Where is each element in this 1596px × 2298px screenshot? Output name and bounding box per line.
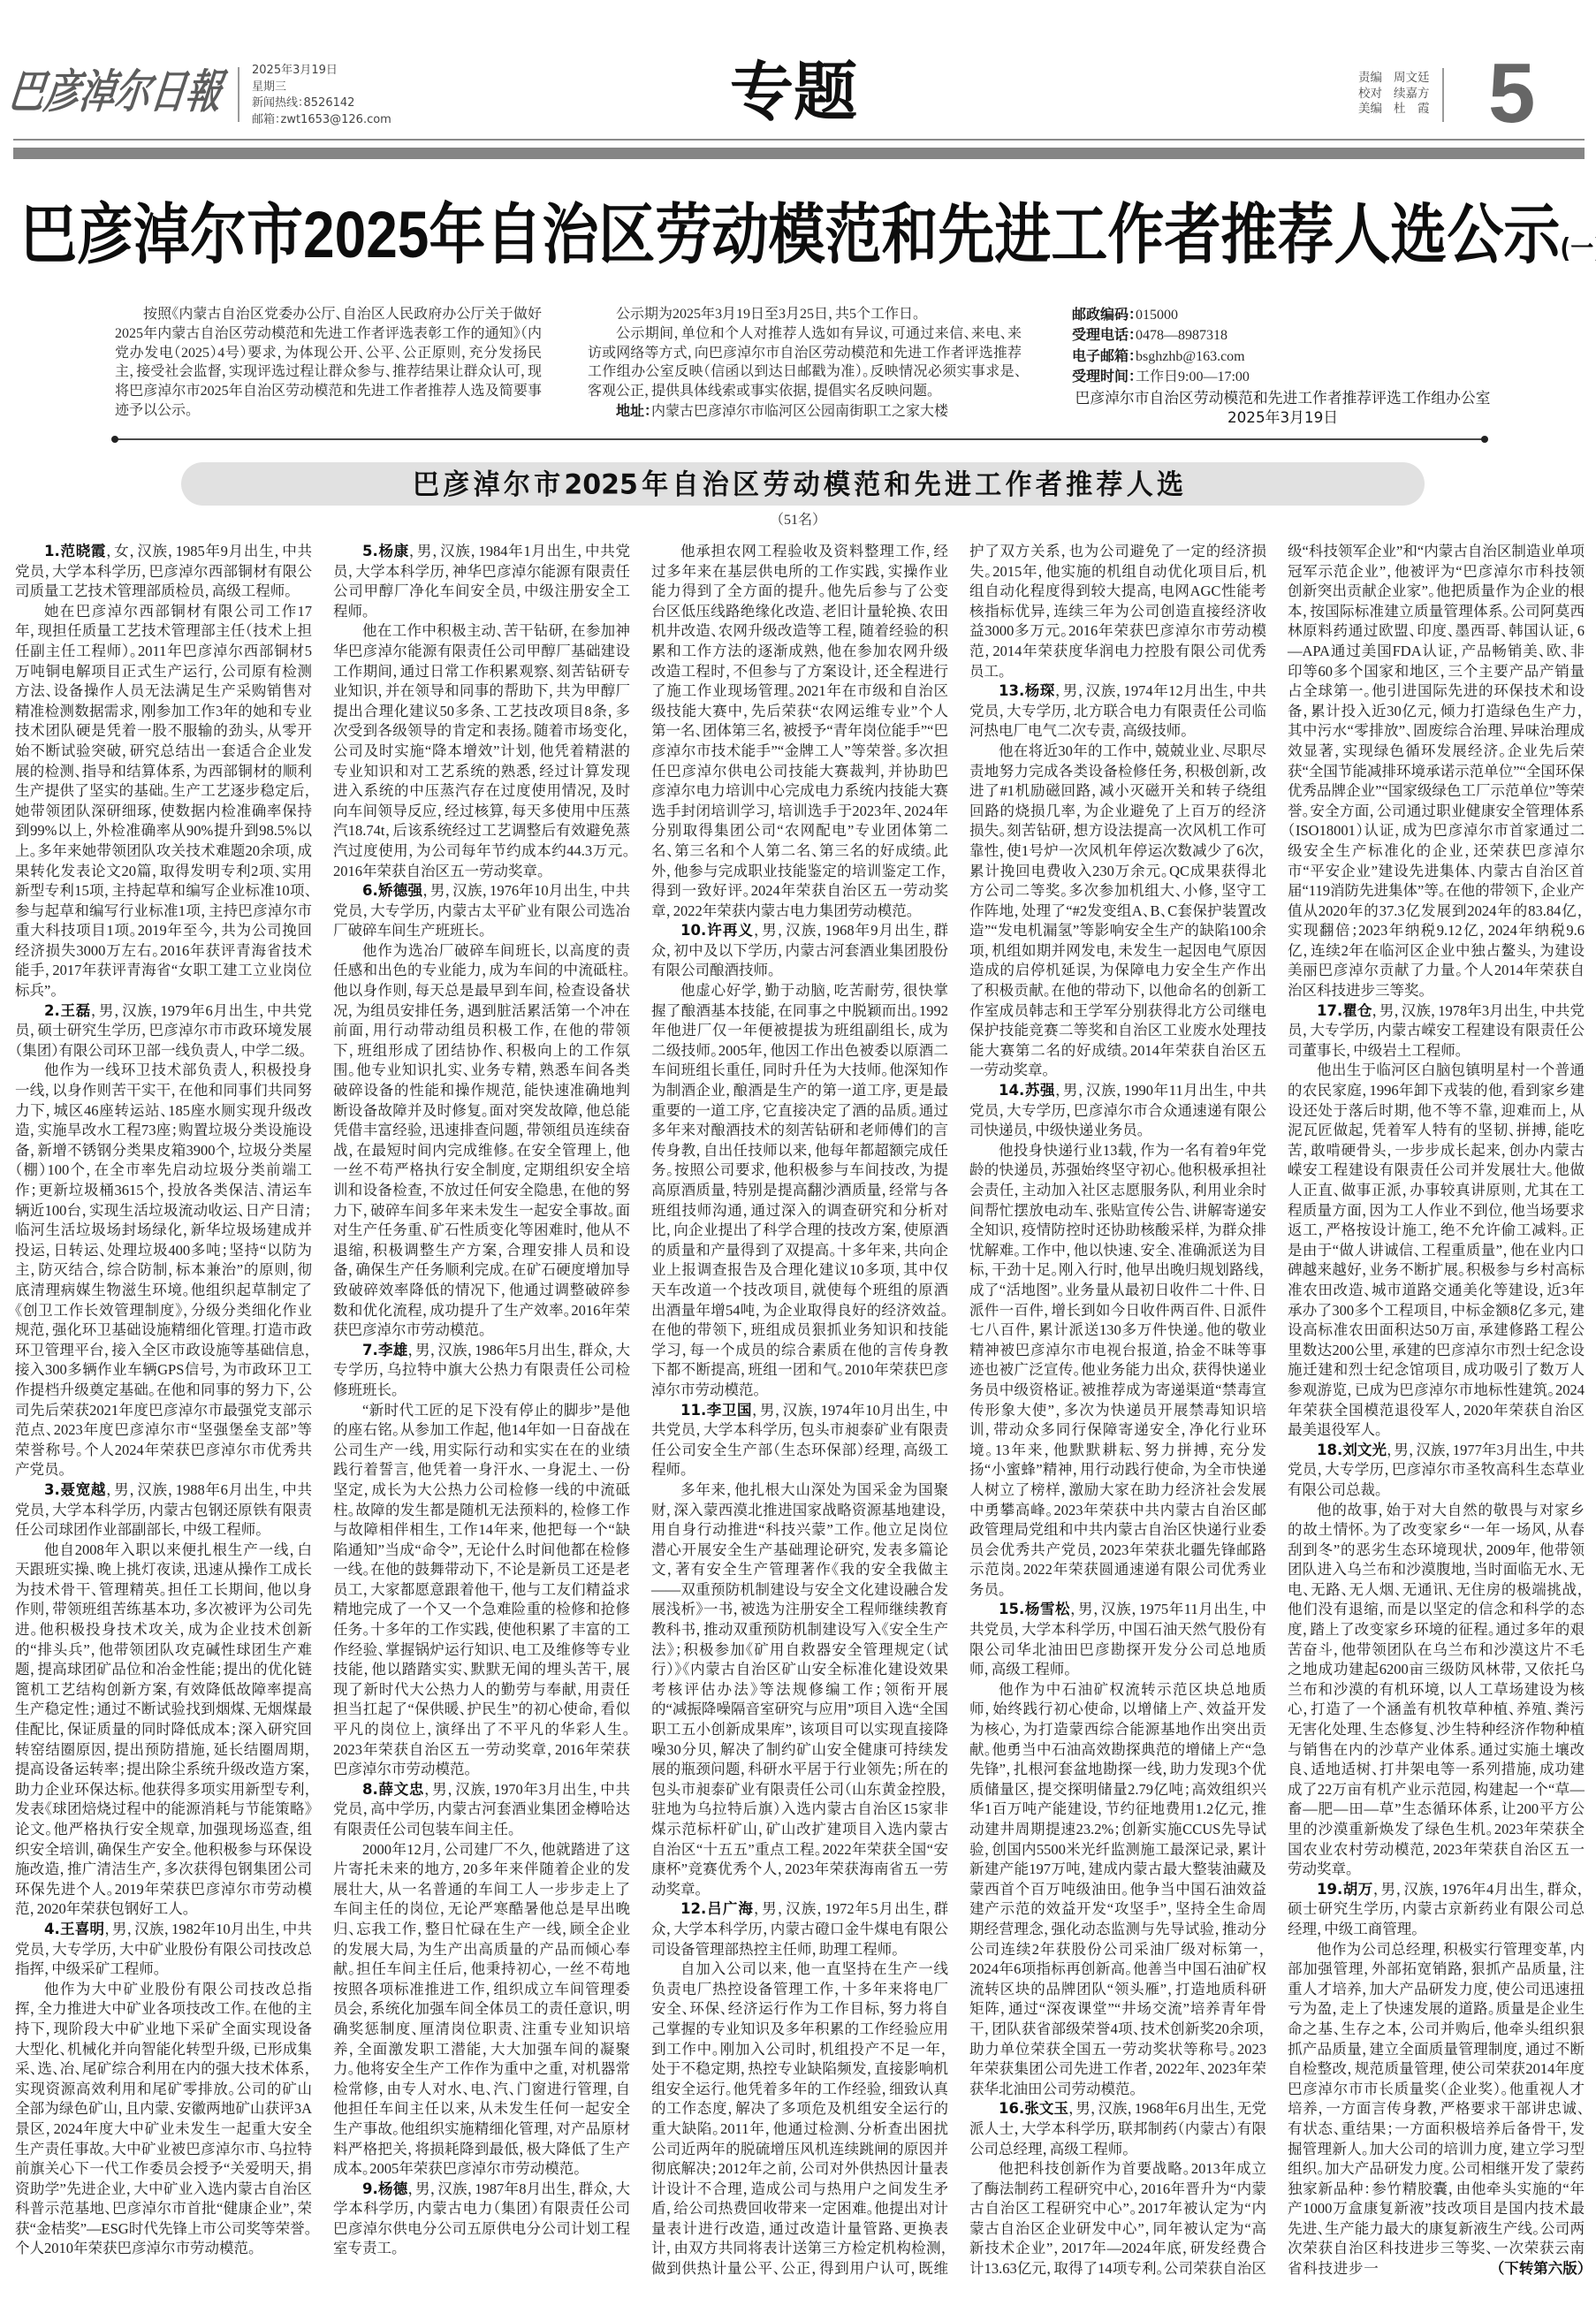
candidate-15-profile: 15.杨雪松，男，汉族，1975年11月出生，中共党员，大学本科学历，中国石油天… bbox=[969, 1600, 1266, 1679]
candidate-name: 15.杨雪松 bbox=[999, 1601, 1070, 1617]
candidate-18-deeds: 他的故事，始于对大自然的敬畏与对家乡的故土情怀。为了改变家乡“一年一场风，从春刮… bbox=[1288, 1501, 1585, 1880]
contact-value: 015000 bbox=[1136, 308, 1178, 323]
candidate-name: 14.苏强 bbox=[999, 1082, 1055, 1099]
credit-role: 校对 bbox=[1358, 87, 1394, 103]
newspaper-logo: 巴彦淖尔日報 bbox=[3, 64, 230, 140]
contact-email: 电子邮箱：bsghzhb@163.com bbox=[1072, 346, 1493, 367]
masthead-divider bbox=[238, 67, 239, 122]
contact-email: 邮箱：zwt1653@126.com bbox=[252, 112, 391, 129]
candidate-name: 16.张文玉 bbox=[999, 2100, 1068, 2117]
address-label: 地址： bbox=[616, 402, 651, 419]
contact-value: 0478—8987318 bbox=[1136, 328, 1227, 343]
list-heading: 巴彦淖尔市2025年自治区劳动模范和先进工作者推荐人选 bbox=[413, 469, 1183, 501]
notice-address: 地址：内蒙古巴彦淖尔市临河区公园南街职工之家大楼 bbox=[588, 401, 1022, 422]
editorial-credits: 责编周文廷 校对续嘉方 美编杜 霞 bbox=[1358, 71, 1430, 118]
list-banner: 巴彦淖尔市2025年自治区劳动模范和先进工作者推荐人选 bbox=[181, 462, 1425, 506]
candidate-name: 8.薛文忠 bbox=[362, 1781, 424, 1798]
divider-dot-right bbox=[1481, 436, 1488, 443]
notice-contacts: 邮政编码：015000 受理电话：0478—8987318 电子邮箱：bsghz… bbox=[1072, 305, 1493, 427]
contact-value: 工作日9:00—17:00 bbox=[1136, 369, 1250, 384]
contact-label: 邮政编码： bbox=[1072, 306, 1136, 323]
contact-label: 受理时间： bbox=[1072, 368, 1136, 384]
contact-label: 受理电话： bbox=[1072, 326, 1136, 343]
candidate-name: 1.范晓霞 bbox=[44, 543, 106, 559]
candidate-11-deeds: 多年来，他扎根大山深处为国采金为国聚财，深入蒙西漠北推进国家战略资源基地建设，用… bbox=[651, 1480, 948, 1899]
news-hotline: 新闻热线：8526142 bbox=[252, 95, 391, 112]
candidate-8-profile: 8.薛文忠，男，汉族，1970年3月出生，中共党员，高中学历，内蒙古河套酒业集团… bbox=[333, 1780, 630, 1840]
candidate-count: （51名） bbox=[0, 512, 1596, 529]
notice-details: 公示期为2025年3月19日至3月25日，共5个工作日。 公示期间，单位和个人对… bbox=[588, 305, 1022, 422]
headline-prefix: 巴彦淖尔市 bbox=[20, 198, 303, 274]
candidate-13-profile: 13.杨琛，男，汉族，1974年12月出生，中共党员，大专学历，北方联合电力有限… bbox=[969, 681, 1266, 742]
candidate-15-deeds: 他作为中石油矿权流转示范区块总地质师，始终践行初心使命，以增储上产、效益开发为核… bbox=[969, 1680, 1266, 2099]
candidate-8-deeds: 2000年12月，公司建厂不久，他就踏进了这片寄托未来的地方，20多年来伴随着企… bbox=[333, 1840, 630, 2180]
page-number: 5 bbox=[1488, 51, 1535, 136]
candidate-list: 1.范晓霞，女，汉族，1985年9月出生，中共党员，大学本科学历，巴彦淖尔西部铜… bbox=[15, 542, 1585, 2279]
candidate-7-deeds: “新时代工匠的足下没有停止的脚步”是他的座右铭。从参加工作起，他14年如一日奋战… bbox=[333, 1401, 630, 1780]
credit-row: 校对续嘉方 bbox=[1358, 87, 1430, 103]
notice-issue-date: 2025年3月19日 bbox=[1072, 407, 1493, 427]
candidate-2-profile: 2.王磊，男，汉族，1979年6月出生，中共党员，硕士研究生学历，巴彦淖尔市市政… bbox=[15, 1001, 312, 1061]
header-rule-thick bbox=[13, 148, 1585, 159]
contact-label: 电子邮箱： bbox=[1072, 347, 1136, 364]
candidate-name: 12.吕广海 bbox=[680, 1900, 754, 1917]
candidate-name: 17.瞿仓 bbox=[1317, 1002, 1372, 1019]
credit-name: 杜 霞 bbox=[1394, 102, 1430, 116]
issue-weekday: 星期三 bbox=[252, 80, 391, 96]
headline-part: (一) bbox=[1560, 233, 1596, 264]
candidate-10-profile: 10.许再义，男，汉族，1968年9月出生，群众，初中及以下学历，内蒙古河套酒业… bbox=[651, 921, 948, 981]
candidate-11-profile: 11.李卫国，男，汉族，1974年10月出生，中共党员，大学本科学历，包头市昶泰… bbox=[651, 1401, 948, 1480]
candidate-12-profile: 12.吕广海，男，汉族，1972年5月出生，群众，大学本科学历，内蒙古磴口金牛煤… bbox=[651, 1899, 948, 1959]
candidate-6-deeds: 他作为选冶厂破碎车间班长，以高度的责任感和出色的专业能力，成为车间的中流砥柱。他… bbox=[333, 941, 630, 1341]
candidate-1-deeds: 她在巴彦淖尔西部铜材有限公司工作17年，现担任质量工艺技术管理部主任（技术上担任… bbox=[15, 602, 312, 1001]
contact-value: bsghzhb@163.com bbox=[1136, 349, 1245, 364]
issue-info: 2025年3月19日 星期三 新闻热线：8526142 邮箱：zwt1653@1… bbox=[252, 63, 391, 128]
candidate-17-deeds: 他出生于临河区白脑包镇明星村一个普通的农民家庭，1996年卸下戎装的他，看到家乡… bbox=[1288, 1061, 1585, 1440]
candidate-7-profile: 7.李雄，男，汉族，1986年5月出生，群众，大专学历，乌拉特中旗大公热力有限责… bbox=[333, 1341, 630, 1401]
credit-row: 责编周文廷 bbox=[1358, 71, 1430, 87]
candidate-name: 6.矫德强 bbox=[362, 882, 422, 899]
credit-name: 周文廷 bbox=[1394, 71, 1430, 85]
candidate-name: 4.王喜明 bbox=[44, 1921, 104, 1937]
candidate-name: 7.李雄 bbox=[362, 1342, 408, 1358]
section-title: 专题 bbox=[730, 57, 857, 127]
candidate-14-profile: 14.苏强，男，汉族，1990年11月出生，中共党员，大专学历，巴彦淖尔市合众通… bbox=[969, 1081, 1266, 1141]
notice-intro: 按照《内蒙古自治区党委办公厅、自治区人民政府办公厅关于做好2025年内蒙古自治区… bbox=[115, 305, 542, 421]
candidate-name: 11.李卫国 bbox=[680, 1402, 752, 1419]
candidate-4-profile: 4.王喜明，男，汉族，1982年10月出生，中共党员，大专学历，大中矿业股份有限… bbox=[15, 1920, 312, 1980]
candidate-16-profile: 16.张文玉，男，汉族，1968年6月出生，无党派人士，大学本科学历，联邦制药（… bbox=[969, 2099, 1266, 2159]
candidate-5-profile: 5.杨康，男，汉族，1984年1月出生，中共党员，大学本科学历，神华巴彦淖尔能源… bbox=[333, 542, 630, 621]
candidate-9-deeds: 他承担农网工程验收及资料整理工作，经过多年来在基层供电所的工作实践，实操作业能力… bbox=[651, 542, 948, 921]
contact-phone: 受理电话：0478—8987318 bbox=[1072, 325, 1493, 346]
candidate-17-profile: 17.瞿仓，男，汉族，1978年3月出生，中共党员，大专学历，内蒙古嵘安工程建设… bbox=[1288, 1001, 1585, 1061]
issue-date: 2025年3月19日 bbox=[252, 63, 391, 80]
candidate-3-profile: 3.聂宽越，男，汉族，1988年6月出生，中共党员，大学本科学历，内蒙古包钢还原… bbox=[15, 1480, 312, 1541]
headline-year: 2025 bbox=[303, 198, 429, 272]
candidate-18-profile: 18.刘文光，男，汉族，1977年3月出生，中共党员，大专学历，巴彦淖尔市圣牧高… bbox=[1288, 1441, 1585, 1501]
address-value: 内蒙古巴彦淖尔市临河区公园南街职工之家大楼 bbox=[651, 404, 948, 419]
page-headline: 巴彦淖尔市2025年自治区劳动模范和先进工作者推荐人选公示(一) bbox=[20, 200, 1585, 282]
candidate-4-deeds: 他作为大中矿业股份有限公司技改总指挥，全力推进大中矿业各项技改工作。在他的主持下… bbox=[15, 1980, 312, 2259]
candidate-name: 2.王磊 bbox=[44, 1002, 91, 1019]
notice-period: 公示期为2025年3月19日至3月25日，共5个工作日。 bbox=[588, 305, 1022, 324]
candidate-14-deeds: 他投身快递行业13载，作为一名有着9年党龄的快递员，苏强始终坚守初心。他积极承担… bbox=[969, 1141, 1266, 1601]
divider-dot-left bbox=[111, 436, 118, 443]
candidate-3-deeds: 他自2008年入职以来便扎根生产一线，白天跟班实操、晚上挑灯夜读，迅速从操作工成… bbox=[15, 1541, 312, 1920]
candidate-name: 13.杨琛 bbox=[999, 682, 1055, 699]
candidate-name: 10.许再义 bbox=[680, 922, 754, 939]
notice-issuer: 巴彦淖尔市自治区劳动模范和先进工作者推荐评选工作组办公室 bbox=[1072, 388, 1493, 407]
candidate-9-profile: 9.杨德，男，汉族，1987年8月出生，群众，大学本科学历，内蒙古电力（集团）有… bbox=[333, 2180, 630, 2259]
credit-role: 责编 bbox=[1358, 71, 1394, 87]
candidate-name: 9.杨德 bbox=[362, 2180, 408, 2197]
notice-intro-text: 按照《内蒙古自治区党委办公厅、自治区人民政府办公厅关于做好2025年内蒙古自治区… bbox=[115, 305, 542, 421]
candidate-name: 3.聂宽越 bbox=[44, 1481, 106, 1498]
notice-divider bbox=[115, 438, 1485, 440]
credit-role: 美编 bbox=[1358, 102, 1394, 118]
candidate-19-profile: 19.胡万，男，汉族，1976年4月出生，群众，硕士研究生学历，内蒙古京新药业有… bbox=[1288, 1880, 1585, 1940]
candidate-name: 5.杨康 bbox=[362, 543, 409, 559]
credits-divider bbox=[1442, 68, 1444, 122]
continued-on-page-6: （下转第六版） bbox=[1379, 2259, 1585, 2279]
header-rule-thin bbox=[13, 139, 1585, 141]
headline-suffix: 年自治区劳动模范和先进工作者推荐人选公示 bbox=[429, 198, 1560, 274]
candidate-13-deeds: 他在将近30年的工作中，兢兢业业、尽职尽责地努力完成各类设备检修任务，积极创新，… bbox=[969, 742, 1266, 1081]
contact-hours: 受理时间：工作日9:00—17:00 bbox=[1072, 367, 1493, 387]
candidate-name: 19.胡万 bbox=[1317, 1881, 1373, 1898]
candidate-1-profile: 1.范晓霞，女，汉族，1985年9月出生，中共党员，大学本科学历，巴彦淖尔西部铜… bbox=[15, 542, 312, 602]
credit-name: 续嘉方 bbox=[1394, 87, 1430, 101]
credit-row: 美编杜 霞 bbox=[1358, 102, 1430, 118]
candidate-10-deeds: 他虚心好学，勤于动脑，吃苦耐劳，很快掌握了酿酒基本技能，在同事之中脱颖而出。19… bbox=[651, 981, 948, 1400]
candidate-5-deeds: 他在工作中积极主动、苦干钻研，在参加神华巴彦淖尔能源有限责任公司甲醇厂基础建设工… bbox=[333, 621, 630, 881]
candidate-6-profile: 6.矫德强，男，汉族，1976年10月出生，中共党员，大专学历，内蒙古太平矿业有… bbox=[333, 881, 630, 941]
contact-postcode: 邮政编码：015000 bbox=[1072, 305, 1493, 325]
notice-objection: 公示期间，单位和个人对推荐人选如有异议，可通过来信、来电、来访或网络等方式，向巴… bbox=[588, 324, 1022, 401]
candidate-name: 18.刘文光 bbox=[1317, 1442, 1387, 1458]
candidate-2-deeds: 他作为一线环卫技术部负责人，积极投身一线，以身作则苦干实干，在他和同事们共同努力… bbox=[15, 1061, 312, 1480]
